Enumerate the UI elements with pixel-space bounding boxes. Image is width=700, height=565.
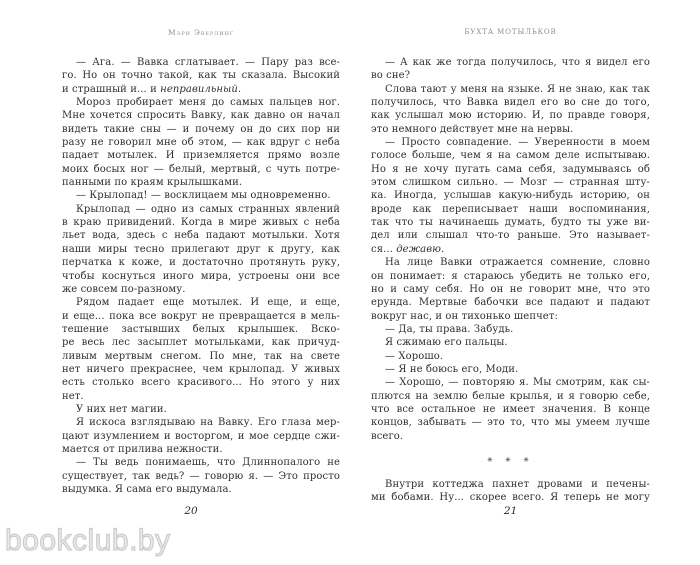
text-line: так что ты начинаешь думать, будто ты уж… (371, 216, 650, 229)
text-line: существует, так ведь? — говорю я. — Это … (62, 470, 340, 483)
text-line: тешение застывших белых крылышек. Вско- (62, 323, 340, 336)
text-line: концов, забывать — это то, что мы умеем … (371, 416, 650, 429)
text-line: — Ага. — Вавка сглатывает. — Пару раз вс… (62, 56, 340, 69)
text-line: чтобы коснуться иного мира, устроены они… (62, 270, 340, 283)
text-line: и страшный и... и неправильный. (62, 83, 340, 96)
text-line: но и саму себя. Но он не говорит мне, чт… (371, 283, 650, 296)
text-line: в краю привидений. Когда в мире живых с … (62, 216, 340, 229)
text-line: ся... дежавю. (371, 243, 650, 256)
text-line: же совсем по-разному. (62, 283, 340, 296)
text-line: — Хорошо, — повторяю я. Мы смотрим, как … (371, 376, 650, 389)
text-line: Мне хочется спросить Вавку, как давно он… (62, 109, 340, 122)
text-line: — Ты ведь понимаешь, что Длиннопалого не (62, 456, 340, 469)
right-page-text: — А как же тогда получилось, что я видел… (371, 56, 650, 505)
text-line: что все остальное не имеет значения. В к… (371, 403, 650, 416)
text-line: льет вода, здесь с неба падают мотыльки.… (62, 229, 340, 242)
text-line: во сне? (371, 69, 650, 82)
text-line: падает мотылек. И приземляется прямо воз… (62, 149, 340, 162)
text-line: моих босых ног — белый, мертвый, с чуть … (62, 163, 340, 176)
text-line: это немного действует мне на нервы. (371, 123, 650, 136)
page-number-left: 20 (62, 505, 320, 517)
text-line: всего. (371, 430, 650, 443)
text-line: ми бобами. Ну... скорее всего. Я теперь … (371, 491, 650, 504)
running-header-title: БУХТА МОТЫЛЬКОВ (371, 28, 650, 36)
text-line: Крылопад — одно из самых странных явлени… (62, 203, 340, 216)
text-line: есть столько всего красивого... Но этого… (62, 376, 340, 389)
text-line: вроде как переписывает наши воспоминания… (371, 203, 650, 216)
text-line: го. Но он точно такой, как ты сказала. В… (62, 69, 340, 82)
section-break-ornament: ✳ ✳ ✳ (371, 443, 650, 478)
text-line: разу не говорил мне об этом, — как вдруг… (62, 136, 340, 149)
text-line: ре весь лес засыплет мотыльками, как при… (62, 336, 340, 349)
text-line: Рядом падает еще мотылек. И еще, и еще, (62, 296, 340, 309)
text-line: ливым мертвым снегом. По мне, так на све… (62, 350, 340, 363)
text-line: голосе больше, чем я на самом деле испыт… (371, 149, 650, 162)
running-header-author: Мэри Эверлинг (62, 28, 340, 37)
text-line: — Да, ты права. Забудь. (371, 323, 650, 336)
text-line: вокруг нас, и он тихонько шепчет: (371, 310, 650, 323)
text-line: нет. (62, 390, 340, 403)
text-line: Внутри коттеджа пахнет дровами и печены- (371, 478, 650, 491)
text-line: — Хорошо. (371, 350, 650, 363)
left-page-text: — Ага. — Вавка сглатывает. — Пару раз вс… (62, 56, 340, 496)
text-line: — Крылопад! — восклицаем мы одновременно… (62, 189, 340, 202)
text-line: Мороз пробирает меня до самых пальцев но… (62, 96, 340, 109)
text-line: он понимает: я стараюсь убедить не тольк… (371, 270, 650, 283)
text-line: выдумка. Я сама его выдумала. (62, 483, 340, 496)
text-line: наши миры тесно прилегают друг к другу, … (62, 243, 340, 256)
text-line: Я искоса взглядываю на Вавку. Его глаза … (62, 416, 340, 429)
text-line: — А как же тогда получилось, что я видел… (371, 56, 650, 69)
right-page: БУХТА МОТЫЛЬКОВ — А как же тогда получил… (371, 0, 650, 565)
text-line: перчатка к коже, и достаточно протянуть … (62, 256, 340, 269)
page-number-right: 21 (371, 505, 650, 517)
text-line: Слова тают у меня на языке. Я не знаю, к… (371, 83, 650, 96)
text-line: — Я не боюсь его, Моди. (371, 363, 650, 376)
text-line: видеть такие сны — и почему он до сих по… (62, 123, 340, 136)
text-line: На лице Вавки отражается сомнение, словн… (371, 256, 650, 269)
text-line: ерунда. Мертвые бабочки все падают и пад… (371, 296, 650, 309)
text-line: дел или слышал что-то раньше. Это называ… (371, 229, 650, 242)
text-line: этом слишком сильно. — Мозг — странная ш… (371, 176, 650, 189)
text-line: ка. Иногда, услышав какую-нибудь историю… (371, 189, 650, 202)
text-line: У них нет магии. (62, 403, 340, 416)
left-page: Мэри Эверлинг — Ага. — Вавка сглатывает.… (62, 0, 340, 565)
text-line: Но я не хочу пугать сама себя, задумывая… (371, 163, 650, 176)
text-line: и еще... пока все вокруг не превращается… (62, 310, 340, 323)
text-line: получилось, что Вавка видел его во сне д… (371, 96, 650, 109)
text-line: панными по краям крылышками. (62, 176, 340, 189)
text-line: как услышал мою историю. И, по правде го… (371, 109, 650, 122)
text-line: плются на землю белые крылья, и я говорю… (371, 390, 650, 403)
text-line: — Просто совпадение. — Уверенности в мое… (371, 136, 650, 149)
book-spread: Мэри Эверлинг — Ага. — Вавка сглатывает.… (0, 0, 700, 565)
text-line: мается от прилива нежности. (62, 443, 340, 456)
text-line: цают изумлением и восторгом, и мое сердц… (62, 430, 340, 443)
text-line: нет ничего прекраснее, чем крылопад. У ж… (62, 363, 340, 376)
text-line: Я сжимаю его пальцы. (371, 336, 650, 349)
watermark-bookclub: bookclub.by (5, 524, 171, 558)
